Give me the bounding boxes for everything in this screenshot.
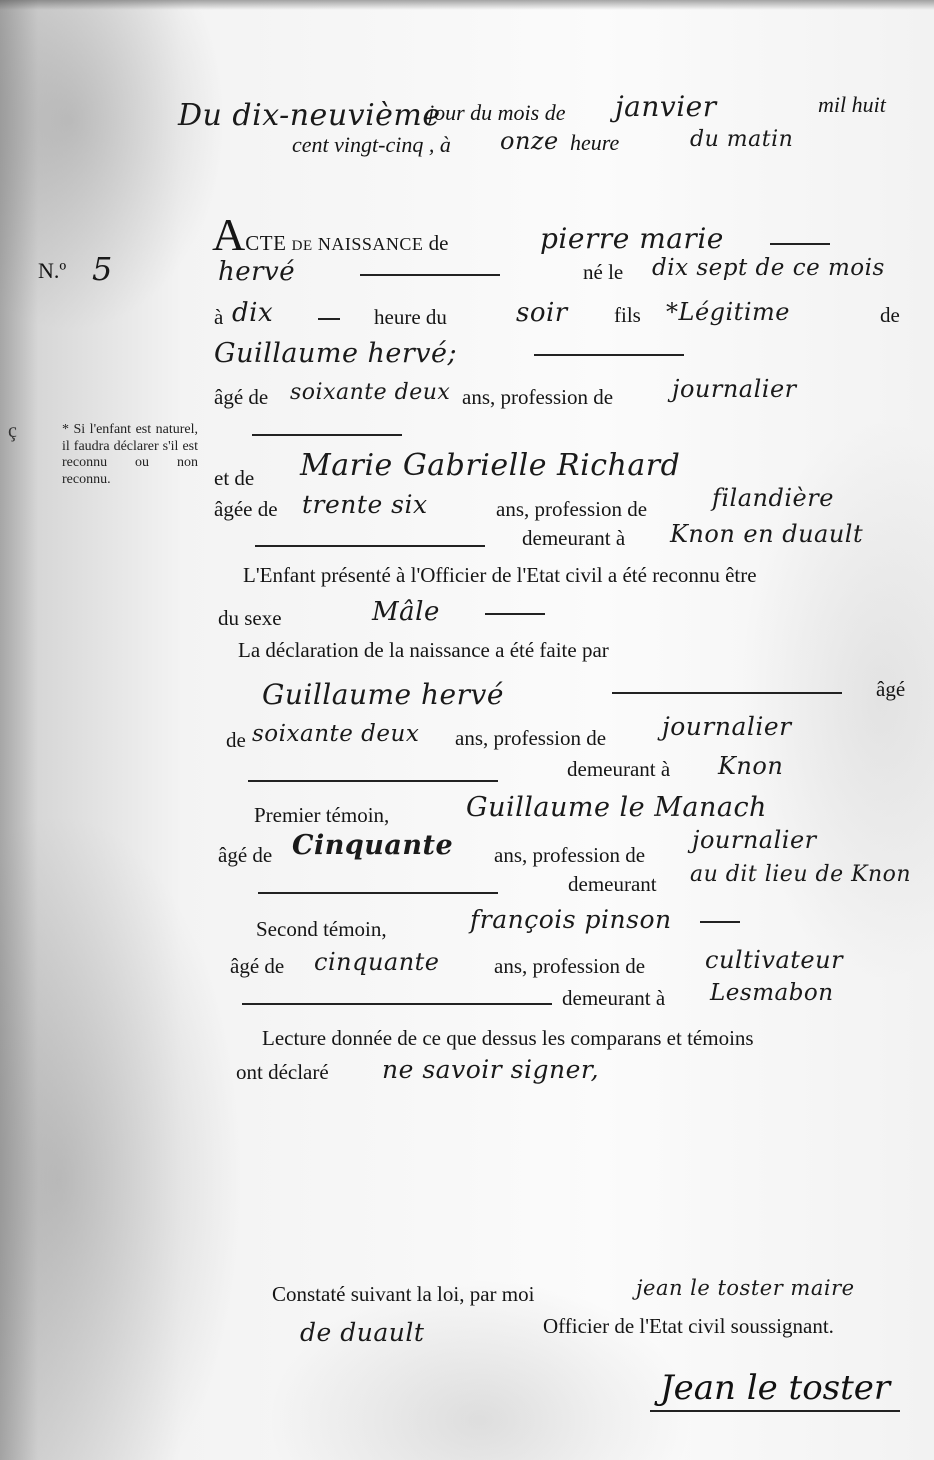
title-line: ACTE DE NAISSANCE de bbox=[212, 212, 449, 258]
header-hour: onze bbox=[500, 127, 559, 155]
first-witness-profession: journalier bbox=[692, 826, 817, 854]
title-cte: CTE bbox=[245, 231, 286, 255]
header-time-of-day: du matin bbox=[690, 127, 793, 152]
title-naissance: NAISSANCE bbox=[318, 234, 424, 254]
fill-line bbox=[242, 1003, 552, 1005]
record-number-label: N.º bbox=[38, 258, 66, 284]
second-witness-age: cinquante bbox=[314, 948, 440, 976]
first-witness-name: Guillaume le Manach bbox=[466, 792, 767, 823]
record-number: 5 bbox=[92, 250, 113, 288]
birth-time-of-day: soir bbox=[516, 298, 568, 328]
header-day-printed: jour du mois de bbox=[428, 100, 566, 126]
declared-label: ont déclaré bbox=[236, 1060, 329, 1085]
second-witness-profession-label: ans, profession de bbox=[494, 954, 645, 979]
fill-line bbox=[255, 545, 485, 547]
fill-line bbox=[485, 613, 545, 615]
declarant-profession-label: ans, profession de bbox=[455, 726, 606, 751]
sex-label: du sexe bbox=[218, 606, 282, 631]
margin-footnote: * Si l'enfant est naturel, il faudra déc… bbox=[62, 422, 198, 488]
declarant-de-label: de bbox=[226, 728, 246, 753]
declarant-age: soixante deux bbox=[252, 721, 419, 747]
header-heure-label: heure bbox=[570, 130, 619, 156]
declarant-age-label: âgé bbox=[876, 677, 905, 702]
mother-name: Marie Gabrielle Richard bbox=[300, 448, 680, 483]
document-page: Du dix-neuvième jour du mois de janvier … bbox=[0, 0, 934, 1460]
title-initial: A bbox=[212, 209, 245, 260]
second-witness-residence: Lesmabon bbox=[710, 980, 834, 1006]
mother-residence: Knon en duault bbox=[670, 520, 863, 548]
page-top-edge bbox=[0, 0, 934, 10]
closing-sentence: Constaté suivant la loi, par moi bbox=[272, 1282, 534, 1307]
born-on-label: né le bbox=[583, 260, 623, 285]
declarant-residence: Knon bbox=[718, 752, 783, 780]
first-witness-age-label: âgé de bbox=[218, 843, 272, 868]
fill-line bbox=[612, 692, 842, 694]
page-shadow-edge bbox=[0, 0, 38, 1460]
declarant-residence-label: demeurant à bbox=[567, 757, 670, 782]
reading-sentence: Lecture donnée de ce que dessus les comp… bbox=[262, 1026, 754, 1051]
fill-line bbox=[248, 780, 498, 782]
child-surname: hervé bbox=[218, 257, 295, 287]
mother-age: trente six bbox=[302, 490, 428, 519]
hour-label: heure du bbox=[374, 305, 447, 330]
declared-value: ne savoir signer, bbox=[382, 1055, 599, 1084]
second-witness-age-label: âgé de bbox=[230, 954, 284, 979]
son-label: fils bbox=[614, 303, 641, 328]
title-de-after: de bbox=[429, 231, 449, 255]
header-year-end: cent vingt-cinq , à bbox=[292, 132, 451, 158]
sex-sentence: L'Enfant présenté à l'Officier de l'Etat… bbox=[243, 563, 757, 588]
birth-hour: dix bbox=[232, 298, 273, 328]
header-year-start: mil huit bbox=[818, 92, 886, 118]
first-witness-profession-label: ans, profession de bbox=[494, 843, 645, 868]
first-witness-label: Premier témoin, bbox=[254, 803, 389, 828]
birth-date: dix sept de ce mois bbox=[652, 255, 885, 281]
sex-value: Mâle bbox=[372, 597, 440, 627]
title-de: DE bbox=[292, 238, 313, 254]
second-witness-name: françois pinson bbox=[470, 905, 672, 934]
first-witness-residence: au dit lieu de Knon bbox=[690, 862, 911, 887]
and-of-label: et de bbox=[214, 466, 254, 491]
father-name: Guillaume hervé; bbox=[214, 338, 457, 369]
fill-line bbox=[258, 892, 498, 894]
declarant-profession: journalier bbox=[662, 712, 792, 741]
header-day-handwritten: Du dix-neuvième bbox=[178, 98, 441, 133]
fill-line bbox=[700, 921, 740, 923]
mother-age-label: âgée de bbox=[214, 497, 278, 522]
officer-title: Officier de l'Etat civil soussignant. bbox=[543, 1314, 834, 1339]
at-label: à bbox=[214, 305, 223, 330]
fill-line bbox=[318, 318, 340, 320]
header-month: janvier bbox=[615, 90, 717, 123]
father-profession: journalier bbox=[672, 375, 797, 403]
officer-commune-handwritten: de duault bbox=[300, 1318, 424, 1347]
margin-mark: ç bbox=[8, 420, 17, 443]
mother-residence-label: demeurant à bbox=[522, 526, 625, 551]
fill-line bbox=[770, 243, 830, 245]
second-witness-label: Second témoin, bbox=[256, 917, 387, 942]
father-age-label: âgé de bbox=[214, 385, 268, 410]
fill-line bbox=[360, 274, 500, 276]
declarant-sentence: La déclaration de la naissance a été fai… bbox=[238, 638, 609, 663]
father-profession-label: ans, profession de bbox=[462, 385, 613, 410]
first-witness-age: Cinquante bbox=[292, 830, 453, 861]
officer-name-handwritten: jean le toster maire bbox=[636, 1276, 855, 1300]
fill-line bbox=[534, 354, 684, 356]
second-witness-profession: cultivateur bbox=[705, 946, 843, 974]
child-first-names: pierre marie bbox=[540, 222, 724, 255]
mother-profession-label: ans, profession de bbox=[496, 497, 647, 522]
second-witness-residence-label: demeurant à bbox=[562, 986, 665, 1011]
officer-signature: Jean le toster bbox=[650, 1368, 900, 1412]
declarant-name: Guillaume hervé bbox=[262, 678, 504, 711]
fill-line bbox=[252, 434, 402, 436]
father-age: soixante deux bbox=[290, 380, 450, 405]
mother-profession: filandière bbox=[712, 484, 834, 512]
of-label: de bbox=[880, 303, 900, 328]
legitimacy: *Légitime bbox=[666, 298, 790, 326]
first-witness-residence-label: demeurant bbox=[568, 872, 657, 897]
